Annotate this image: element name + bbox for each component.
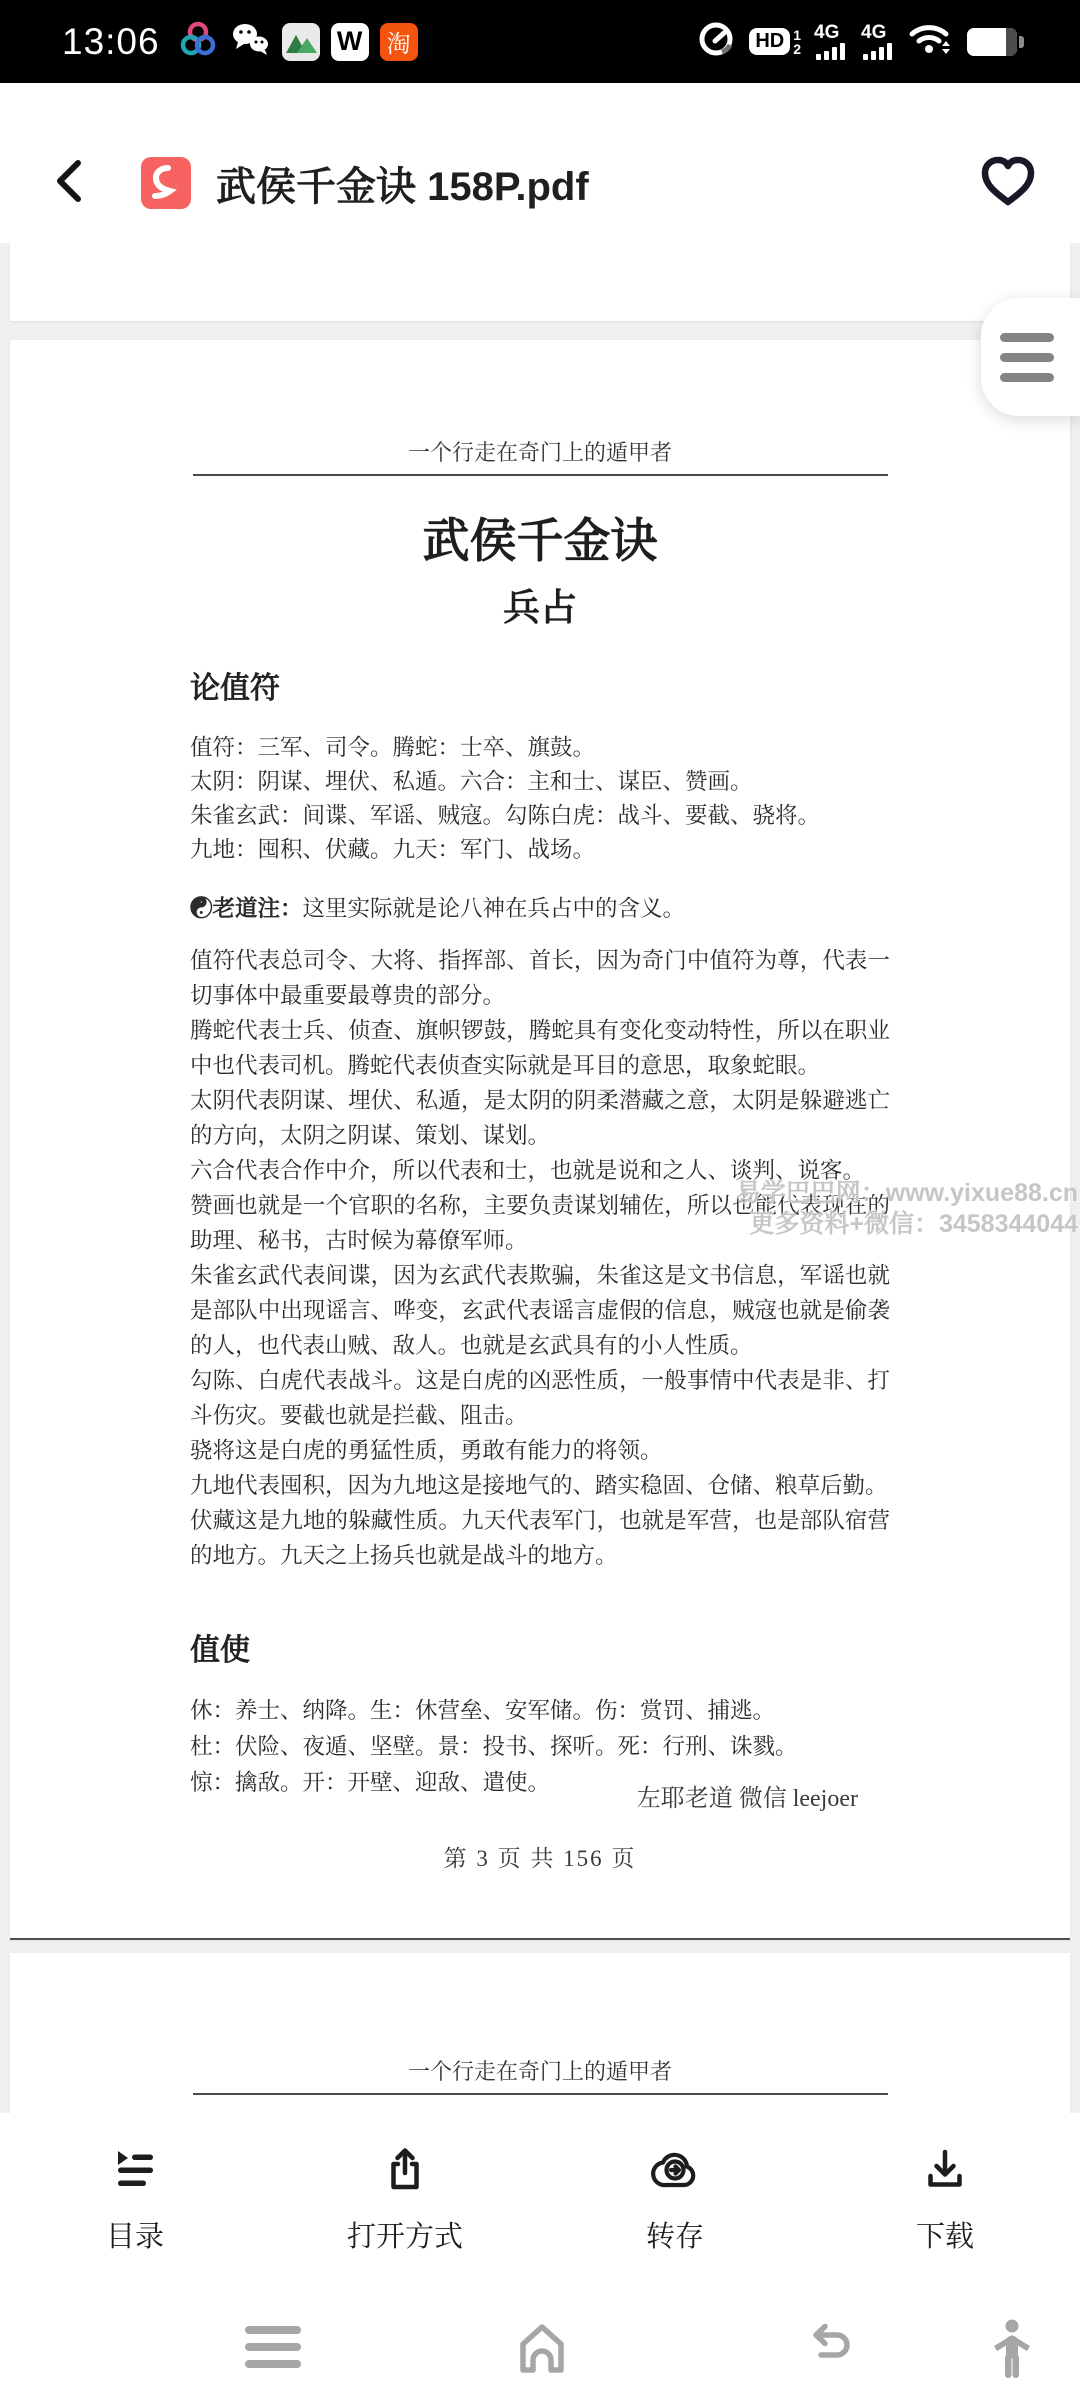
back-nav-button[interactable] [803, 2318, 855, 2375]
pdf-page-3: 一个行走在奇门上的遁甲者 武侯千金诀 兵占 论值符 值符：三军、司令。腾蛇：士卒… [10, 340, 1070, 1940]
author-note: ☯老道注：这里实际就是论八神在兵占中的含义。 [190, 891, 890, 923]
doors-list-line: 休：养士、纳降。生：休营垒、安军储。伤：赏罚、捕逃。 [190, 1693, 890, 1729]
signal-sim2-icon: 4G [861, 24, 895, 60]
running-header: 一个行走在奇门上的遁甲者 [10, 2055, 1070, 2086]
paragraph: 腾蛇代表士兵、侦查、旗帜锣鼓，腾蛇具有变化变动特性，所以在职业中也代表司机。腾蛇… [190, 1013, 890, 1083]
download-button[interactable]: 下载 [810, 2113, 1080, 2290]
floating-menu-button[interactable] [981, 298, 1080, 416]
wifi-icon [908, 20, 954, 63]
gallery-icon [282, 23, 320, 61]
system-nav-bar [0, 2290, 1080, 2408]
signal-sim1-icon: 4G [814, 24, 848, 60]
menu-bar [1000, 353, 1054, 362]
paragraph: 骁将这是白虎的勇猛性质，勇敢有能力的将领。 [190, 1433, 890, 1468]
pdf-page-4-top: 一个行走在奇门上的遁甲者 [10, 1953, 1070, 2113]
header-rule [193, 2093, 888, 2095]
deity-list-line: 朱雀玄武：间谍、军谣、贼寇。勾陈白虎：战斗、要截、骁将。 [190, 799, 890, 833]
section-heading-zhifu: 论值符 [190, 663, 890, 707]
taobao-icon: 淘 [380, 23, 418, 61]
doors-list-line: 杜：伏险、夜遁、坚壁。景：投书、探听。死：行刑、诛戮。 [190, 1729, 890, 1765]
paragraph: 伏藏这是九地的躲藏性质。九天代表军门，也就是军营，也是部队宿营的地方。九天之上扬… [190, 1503, 890, 1573]
open-with-button[interactable]: 打开方式 [270, 2113, 540, 2290]
favorite-heart-icon[interactable] [976, 152, 1040, 215]
toc-icon [111, 2145, 159, 2198]
previous-page-bottom [10, 243, 1070, 321]
save-to-cloud-button[interactable]: 转存 [540, 2113, 810, 2290]
bottom-toolbar: 目录 打开方式 转存 [0, 2113, 1080, 2290]
page-number: 第 3 页 共 156 页 [10, 1840, 1070, 1873]
app-bar: 武侯千金诀 158P.pdf [0, 83, 1080, 243]
save-to-cloud-label: 转存 [646, 2214, 704, 2255]
paragraph: 勾陈、白虎代表战斗。这是白虎的凶恶性质，一般事情中代表是非、打斗伤灾。要截也就是… [190, 1363, 890, 1433]
paragraph: 值符代表总司令、大将、指挥部、首长，因为奇门中值符为尊，代表一切事体中最重要最尊… [190, 943, 890, 1013]
clock: 13:06 [62, 21, 160, 63]
deity-list: 值符：三军、司令。腾蛇：士卒、旗鼓。 太阴：阴谋、埋伏、私遁。六合：主和士、谋臣… [190, 731, 890, 867]
paragraph: 太阴代表阴谋、埋伏、私遁，是太阴的阴柔潜藏之意，太阴是躲避逃亡的方向，太阴之阴谋… [190, 1083, 890, 1153]
home-button[interactable] [513, 2318, 571, 2381]
document-title: 武侯千金诀 158P.pdf [216, 155, 589, 212]
accessibility-person-icon[interactable] [990, 2318, 1034, 2385]
share-icon [381, 2145, 429, 2198]
download-icon [921, 2145, 969, 2198]
chapter-title: 兵占 [10, 577, 1070, 631]
author-signature: 左耶老道 微信 leejoer [637, 1778, 858, 1813]
menu-bar [1000, 333, 1054, 342]
running-header: 一个行走在奇门上的遁甲者 [10, 340, 1070, 467]
deity-list-line: 值符：三军、司令。腾蛇：士卒、旗鼓。 [190, 731, 890, 765]
tri-circle-app-icon [178, 19, 218, 64]
deity-list-line: 九地：囤积、伏藏。九天：军门、战场。 [190, 833, 890, 867]
download-label: 下载 [916, 2214, 974, 2255]
body-paragraphs: 值符代表总司令、大将、指挥部、首长，因为奇门中值符为尊，代表一切事体中最重要最尊… [190, 943, 890, 1573]
toc-label: 目录 [106, 2214, 164, 2255]
menu-bar [1000, 373, 1054, 382]
status-bar: 13:06 [0, 0, 1080, 83]
toc-button[interactable]: 目录 [0, 2113, 270, 2290]
wechat-icon [229, 19, 271, 64]
paragraph: 朱雀玄武代表间谍，因为玄武代表欺骗，朱雀这是文书信息，军谣也就是部队中出现谣言、… [190, 1258, 890, 1363]
header-rule [193, 474, 888, 476]
back-button[interactable] [48, 157, 92, 210]
paragraph: 九地代表囤积，因为九地这是接地气的、踏实稳固、仓储、粮草后勤。 [190, 1468, 890, 1503]
section-heading-zhishi: 值使 [190, 1625, 890, 1669]
pdf-file-icon [140, 156, 192, 210]
wps-icon: W [331, 23, 369, 61]
pdf-viewer[interactable]: 一个行走在奇门上的遁甲者 武侯千金诀 兵占 论值符 值符：三军、司令。腾蛇：士卒… [0, 243, 1080, 2113]
site-watermark: 易学巴巴网：www.yixue88.cn 更多资料+微信：3458344044 [736, 1178, 1078, 1240]
book-title: 武侯千金诀 [10, 504, 1070, 571]
open-with-label: 打开方式 [347, 2214, 463, 2255]
speed-gauge-icon [696, 19, 736, 64]
cloud-transfer-icon [650, 2145, 700, 2198]
volte-hd-icon: HD 1 2 [749, 28, 801, 56]
yinyang-icon: ☯ [190, 896, 213, 921]
deity-list-line: 太阴：阴谋、埋伏、私遁。六合：主和士、谋臣、赞画。 [190, 765, 890, 799]
recents-button[interactable] [245, 2318, 301, 2381]
battery-icon [967, 28, 1024, 56]
